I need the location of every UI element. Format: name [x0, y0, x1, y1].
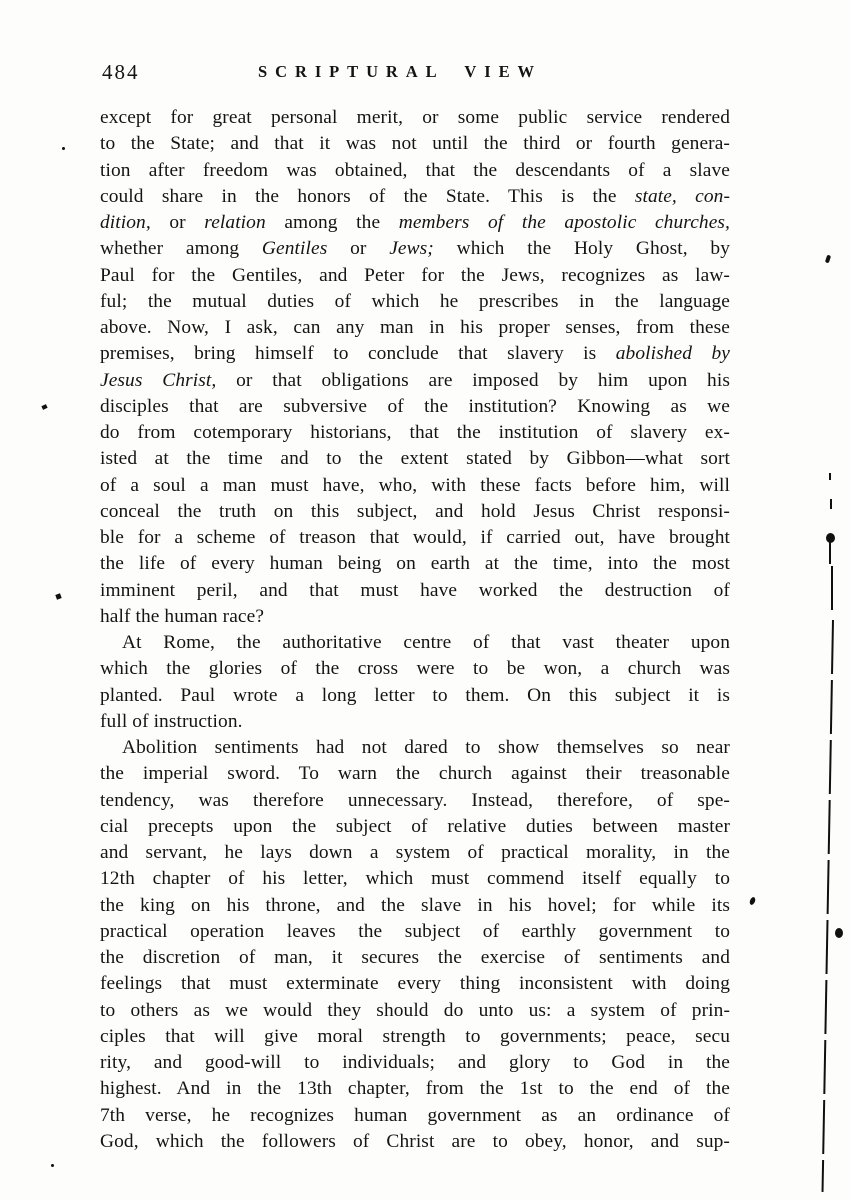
- text-line: God, which the followers of Christ are t…: [100, 1129, 730, 1155]
- text-line: above. Now, I ask, can any man in his pr…: [100, 315, 730, 341]
- text-line: whether among Gentiles or Jews; which th…: [100, 236, 730, 262]
- text-line: the imperial sword. To warn the church a…: [100, 761, 730, 787]
- running-head: SCRIPTURAL VIEW: [100, 62, 700, 82]
- ink-speck: [41, 404, 47, 410]
- text-line: cial precepts upon the subject of relati…: [100, 814, 730, 840]
- text-line: dition, or relation among the members of…: [100, 210, 730, 236]
- text-line: of a soul a man must have, who, with the…: [100, 473, 730, 499]
- text-line: tion after freedom was obtained, that th…: [100, 158, 730, 184]
- ink-stem: [829, 540, 831, 564]
- text-line: 7th verse, he recognizes human governmen…: [100, 1103, 730, 1129]
- page-header: 484 SCRIPTURAL VIEW: [100, 58, 730, 86]
- text-line: do from cotemporary historians, that the…: [100, 420, 730, 446]
- text-line: 12th chapter of his letter, which must c…: [100, 866, 730, 892]
- ink-speck: [55, 593, 61, 599]
- text-line: except for great personal merit, or some…: [100, 105, 730, 131]
- text-line: which the glories of the cross were to b…: [100, 656, 730, 682]
- text-line: Paul for the Gentiles, and Peter for the…: [100, 263, 730, 289]
- text-line: At Rome, the authoritative centre of tha…: [100, 630, 730, 656]
- text-line: tendency, was therefore unnecessary. Ins…: [100, 788, 730, 814]
- text-line: ful; the mutual duties of which he presc…: [100, 289, 730, 315]
- text-line: isted at the time and to the extent stat…: [100, 446, 730, 472]
- text-line: half the human race?: [100, 604, 730, 630]
- text-line: conceal the truth on this subject, and h…: [100, 499, 730, 525]
- text-line: highest. And in the 13th chapter, from t…: [100, 1076, 730, 1102]
- text-line: the discretion of man, it secures the ex…: [100, 945, 730, 971]
- text-line: rity, and good-will to individuals; and …: [100, 1050, 730, 1076]
- text-line: Jesus Christ, or that obligations are im…: [100, 368, 730, 394]
- ink-tick: [825, 255, 831, 264]
- text-line: disciples that are subversive of the ins…: [100, 394, 730, 420]
- text-line: imminent peril, and that must have worke…: [100, 578, 730, 604]
- text-line: to the State; and that it was not until …: [100, 131, 730, 157]
- body-text: except for great personal merit, or some…: [100, 105, 730, 1155]
- text-line: feelings that must exterminate every thi…: [100, 971, 730, 997]
- text-line: could share in the honors of the State. …: [100, 184, 730, 210]
- text-line: and servant, he lays down a system of pr…: [100, 840, 730, 866]
- ink-line-segment: [831, 566, 833, 610]
- text-line: ciples that will give moral strength to …: [100, 1024, 730, 1050]
- text-line: to others as we would they should do unt…: [100, 998, 730, 1024]
- book-page: 484 SCRIPTURAL VIEW except for great per…: [0, 0, 850, 1200]
- ink-scratch-line: [822, 620, 834, 1192]
- text-line: ble for a scheme of treason that would, …: [100, 525, 730, 551]
- ink-dash: [830, 499, 832, 509]
- text-line: full of instruction.: [100, 709, 730, 735]
- text-line: the king on his throne, and the slave in…: [100, 893, 730, 919]
- text-line: practical operation leaves the subject o…: [100, 919, 730, 945]
- ink-speck: [51, 1164, 54, 1167]
- text-line: the life of every human being on earth a…: [100, 551, 730, 577]
- ink-speck: [62, 147, 65, 150]
- text-line: premises, bring himself to conclude that…: [100, 341, 730, 367]
- text-line: planted. Paul wrote a long letter to the…: [100, 683, 730, 709]
- text-line: Abolition sentiments had not dared to sh…: [100, 735, 730, 761]
- ink-dash: [829, 473, 831, 480]
- ink-comma: [749, 896, 757, 905]
- ink-blob: [835, 928, 843, 938]
